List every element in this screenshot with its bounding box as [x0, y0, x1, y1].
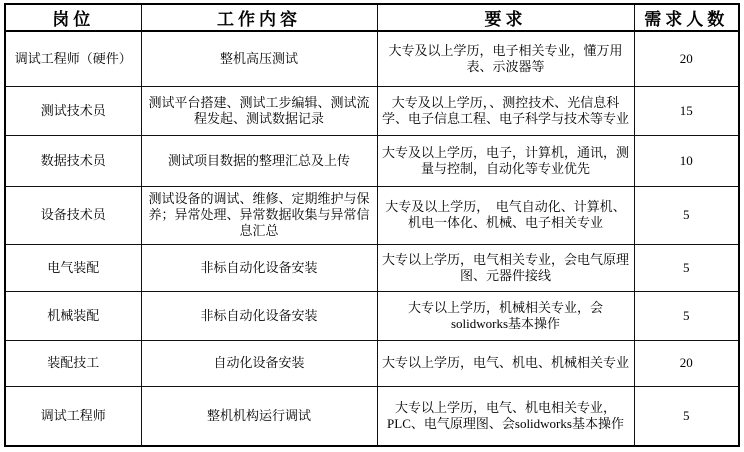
count-cell: 5 [634, 386, 739, 446]
table-row: 测试技术员测试平台搭建、测试工步编辑、测试流程发起、测试数据记录大专及以上学历，… [5, 86, 739, 135]
count-cell: 20 [634, 31, 739, 86]
position-cell: 测试技术员 [5, 86, 141, 135]
recruitment-table: 岗位 工作内容 要求 需求人数 调试工程师（硬件）整机高压测试大专及以上学历，电… [4, 3, 740, 447]
duty-cell: 自动化设备安装 [141, 340, 377, 386]
position-cell: 机械装配 [5, 291, 141, 340]
header-row: 岗位 工作内容 要求 需求人数 [5, 4, 739, 31]
position-cell: 数据技术员 [5, 135, 141, 186]
duty-cell: 测试项目数据的整理汇总及上传 [141, 135, 377, 186]
table-row: 调试工程师整机机构运行调试大专以上学历，电气、机电相关专业，PLC、电气原理图、… [5, 386, 739, 446]
requirement-cell: 大专以上学历，电气、机电相关专业，PLC、电气原理图、会solidworks基本… [377, 386, 634, 446]
position-cell: 设备技术员 [5, 186, 141, 244]
table-row: 设备技术员测试设备的调试、维修、定期维护与保养；异常处理、异常数据收集与异常信息… [5, 186, 739, 244]
position-cell: 装配技工 [5, 340, 141, 386]
table-row: 数据技术员测试项目数据的整理汇总及上传大专及以上学历，电子，计算机，通讯，测量与… [5, 135, 739, 186]
header-count: 需求人数 [634, 4, 739, 31]
requirement-cell: 大专及以上学历， 电气自动化、计算机、机电一体化、机械、电子相关专业 [377, 186, 634, 244]
requirement-cell: 大专以上学历，机械相关专业，会solidworks基本操作 [377, 291, 634, 340]
page: 岗位 工作内容 要求 需求人数 调试工程师（硬件）整机高压测试大专及以上学历，电… [0, 0, 744, 452]
requirement-cell: 大专以上学历，电气相关专业，会电气原理图、元器件接线 [377, 244, 634, 291]
requirement-cell: 大专以上学历，电气、机电、机械相关专业 [377, 340, 634, 386]
count-cell: 10 [634, 135, 739, 186]
count-cell: 5 [634, 186, 739, 244]
duty-cell: 非标自动化设备安装 [141, 244, 377, 291]
duty-cell: 整机高压测试 [141, 31, 377, 86]
table-header: 岗位 工作内容 要求 需求人数 [5, 4, 739, 31]
position-cell: 电气装配 [5, 244, 141, 291]
duty-cell: 测试平台搭建、测试工步编辑、测试流程发起、测试数据记录 [141, 86, 377, 135]
header-requirement: 要求 [377, 4, 634, 31]
position-cell: 调试工程师（硬件） [5, 31, 141, 86]
table-row: 装配技工自动化设备安装大专以上学历，电气、机电、机械相关专业20 [5, 340, 739, 386]
requirement-cell: 大专及以上学历，电子，计算机，通讯，测量与控制，自动化等专业优先 [377, 135, 634, 186]
position-cell: 调试工程师 [5, 386, 141, 446]
table-row: 机械装配非标自动化设备安装大专以上学历，机械相关专业，会solidworks基本… [5, 291, 739, 340]
requirement-cell: 大专及以上学历，、测控技术、光信息科学、电子信息工程、电子科学与技术等专业 [377, 86, 634, 135]
duty-cell: 测试设备的调试、维修、定期维护与保养；异常处理、异常数据收集与异常信息汇总 [141, 186, 377, 244]
count-cell: 5 [634, 244, 739, 291]
table-row: 电气装配非标自动化设备安装大专以上学历，电气相关专业，会电气原理图、元器件接线5 [5, 244, 739, 291]
requirement-cell: 大专及以上学历，电子相关专业，懂万用表、示波器等 [377, 31, 634, 86]
count-cell: 5 [634, 291, 739, 340]
table-row: 调试工程师（硬件）整机高压测试大专及以上学历，电子相关专业，懂万用表、示波器等2… [5, 31, 739, 86]
header-duty: 工作内容 [141, 4, 377, 31]
count-cell: 20 [634, 340, 739, 386]
duty-cell: 非标自动化设备安装 [141, 291, 377, 340]
header-position: 岗位 [5, 4, 141, 31]
count-cell: 15 [634, 86, 739, 135]
table-body: 调试工程师（硬件）整机高压测试大专及以上学历，电子相关专业，懂万用表、示波器等2… [5, 31, 739, 446]
duty-cell: 整机机构运行调试 [141, 386, 377, 446]
